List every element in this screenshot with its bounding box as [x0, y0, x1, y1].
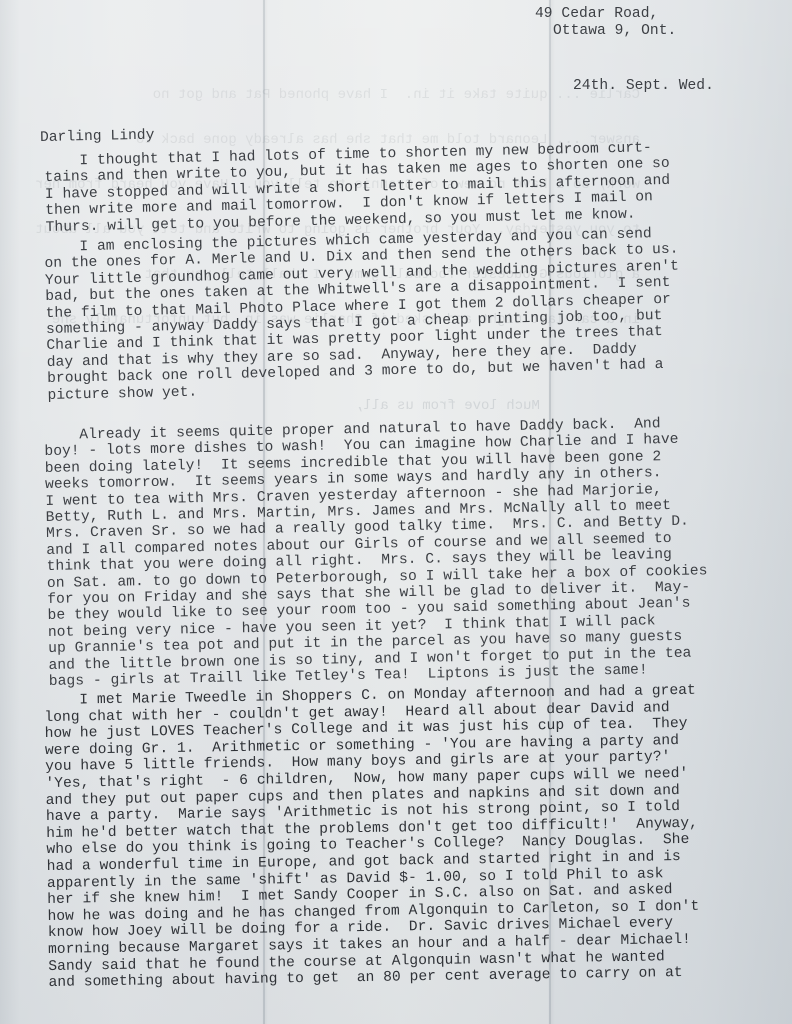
paragraph-1: I thought that I had lots of time to sho… [44, 137, 786, 236]
salutation: Darling Lindy [40, 128, 155, 146]
address-line-1: 49 Cedar Road, [535, 6, 658, 22]
typed-letter: 49 Cedar Road, Ottawa 9, Ont. 24th. Sept… [0, 0, 792, 1024]
paragraph-3: Already it seems quite proper and natura… [44, 414, 789, 691]
paragraph-4: I met Marie Tweedle in Shoppers C. on Mo… [44, 681, 789, 991]
address-line-2: Ottawa 9, Ont. [553, 23, 676, 39]
letter-date: 24th. Sept. Wed. [573, 78, 714, 94]
paragraph-2: I am enclosing the pictures which came y… [44, 223, 788, 404]
